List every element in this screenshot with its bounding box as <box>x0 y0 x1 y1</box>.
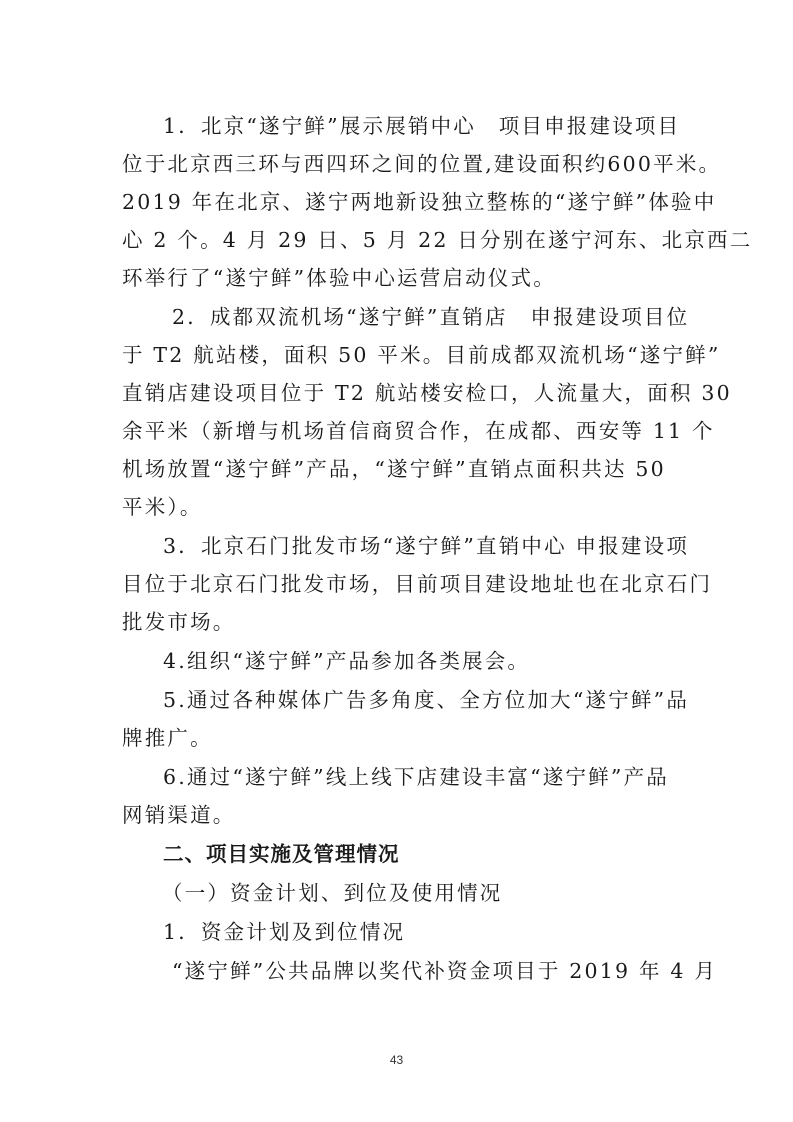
subsection-heading: （一）资金计划、到位及使用情况 <box>162 874 503 912</box>
paragraph-2-line-5: 机场放置“遂宁鲜”产品，“遂宁鲜”直销点面积共达 50 <box>122 450 666 488</box>
paragraph-2-line-3: 直销店建设项目位于 T2 航站楼安检口，人流量大，面积 30 <box>122 374 732 412</box>
paragraph-2-line-1: 2．成都双流机场“遂宁鲜”直销店 申报建设项目位 <box>172 298 689 336</box>
paragraph-3-line-2: 目位于北京石门批发市场，目前项目建设地址也在北京石门 <box>122 565 712 603</box>
paragraph-7-line-1: “遂宁鲜”公共品牌以奖代补资金项目于 2019 年 4 月 <box>172 952 717 990</box>
paragraph-3-line-3: 批发市场。 <box>122 603 236 641</box>
paragraph-1-line-2: 位于北京西三环与西四环之间的位置,建设面积约600平米。 <box>122 145 721 183</box>
paragraph-3-line-1: 3．北京石门批发市场“遂宁鲜”直销中心 申报建设项 <box>163 527 689 565</box>
paragraph-1-line-3: 2019 年在北京、遂宁两地新设独立整栋的“遂宁鲜”体验中 <box>122 183 716 221</box>
paragraph-1-line-1: 1．北京“遂宁鲜”展示展销中心 项目申报建设项目 <box>163 107 680 145</box>
paragraph-6-line-2: 网销渠道。 <box>122 796 236 834</box>
sub-item-heading: 1．资金计划及到位情况 <box>163 913 405 951</box>
paragraph-4: 4.组织“遂宁鲜”产品参加各类展会。 <box>163 642 530 680</box>
paragraph-5-line-2: 牌推广。 <box>122 719 213 757</box>
paragraph-5-line-1: 5.通过各种媒体广告多角度、全方位加大“遂宁鲜”品 <box>163 681 689 719</box>
paragraph-1-line-4: 心 2 个。4 月 29 日、5 月 22 日分别在遂宁河东、北京西二 <box>122 221 752 259</box>
paragraph-2-line-6: 平米）。 <box>122 488 203 526</box>
paragraph-1-line-5: 环举行了“遂宁鲜”体验中心运营启动仪式。 <box>122 259 556 297</box>
paragraph-2-line-4: 余平米（新增与机场首信商贸合作，在成都、西安等 11 个 <box>122 412 715 450</box>
page-number: 43 <box>0 1053 793 1067</box>
section-heading: 二、项目实施及管理情况 <box>163 835 400 873</box>
paragraph-2-line-2: 于 T2 航站楼，面积 50 平米。目前成都双流机场“遂宁鲜” <box>122 336 721 374</box>
paragraph-6-line-1: 6.通过“遂宁鲜”线上线下店建设丰富“遂宁鲜”产品 <box>163 758 669 796</box>
